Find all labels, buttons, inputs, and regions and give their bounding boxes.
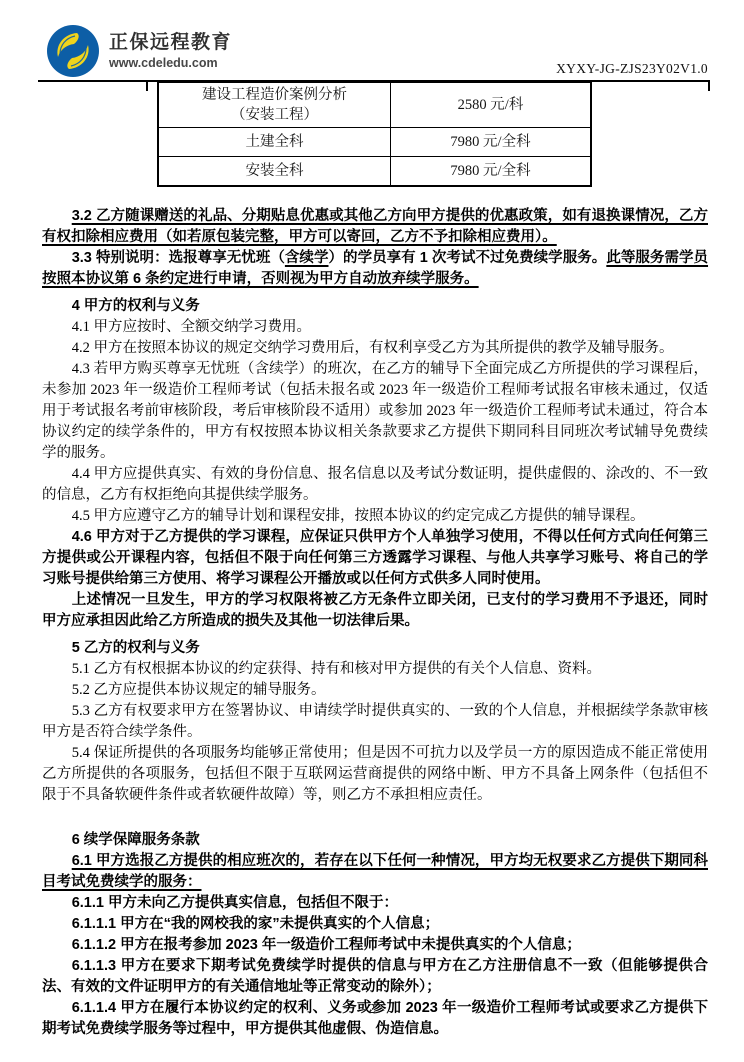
text-run: 6.1.1.3 甲方在要求下期考试免费续学时提供的信息与甲方在乙方注册信息不一致…	[42, 958, 708, 995]
text-run: 5.1 乙方有权根据本协议的约定获得、持有和核对甲方提供的有关个人信息、资料。	[72, 661, 601, 677]
course-price-cell: 7980 元/全科	[391, 157, 592, 187]
text-run: 6.1.1.2 甲方在报考参加 2023 年一级造价工程师考试中未提供真实的个人…	[72, 937, 581, 953]
clause-6-1-1-1: 6.1.1.1 甲方在“我的网校我的家”未提供真实的个人信息；	[42, 914, 708, 935]
table-row: 安装全科 7980 元/全科	[158, 157, 591, 187]
clause-5-4: 5.4 保证所提供的各项服务均能够正常使用；但是因不可抗力以及学员一方的原因造成…	[42, 743, 708, 806]
text-run: 5.2 乙方应提供本协议规定的辅导服务。	[72, 682, 326, 698]
text-run: 4.2 甲方在按照本协议的规定交纳学习费用后，有权利享受乙方为其所提供的教学及辅…	[72, 340, 674, 356]
price-table: 建设工程造价案例分析 （安装工程） 2580 元/科 土建全科 7980 元/全…	[157, 82, 592, 187]
table-border-fragment-right	[708, 82, 710, 91]
text-run: 3.2 乙方随课赠送的礼品、分期贴息优惠或其他乙方向甲方提供的优惠政策，如有退换…	[42, 208, 708, 245]
brand-url: www.cdeledu.com	[109, 56, 232, 70]
course-name-cell: 土建全科	[158, 128, 391, 157]
brand-text: 正保远程教育 www.cdeledu.com	[109, 32, 232, 70]
contract-page: 正保远程教育 www.cdeledu.com XYXY-JG-ZJS23Y02V…	[0, 0, 744, 1062]
text-run: 3.3 特别说明：选报尊享无忧班（	[72, 250, 285, 266]
clause-5-3: 5.3 乙方有权要求甲方在签署协议、申请续学时提供真实的、一致的个人信息，并根据…	[42, 701, 708, 743]
text-run: 5 乙方的权利与义务	[72, 640, 200, 656]
clause-6-1-1-3: 6.1.1.3 甲方在要求下期考试免费续学时提供的信息与甲方在乙方注册信息不一致…	[42, 956, 708, 998]
text-run: 上述情况一旦发生，甲方的学习权限将被乙方无条件立即关闭，已支付的学习费用不予退还…	[42, 592, 708, 629]
text-run: 6.1 甲方选报乙方提供的相应班次的，若存在以下任何一种情况，甲方均无权要求乙方…	[42, 853, 708, 890]
table-border-fragment-left	[146, 82, 148, 91]
text-run: 4.5 甲方应遵守乙方的辅导计划和课程安排，按照本协议的约定完成乙方提供的辅导课…	[72, 508, 645, 524]
text-run: 4.4 甲方应提供真实、有效的身份信息、报名信息以及考试分数证明，提供虚假的、涂…	[42, 466, 708, 503]
clause-4-3: 4.3 若甲方购买尊享无忧班（含续学）的班次，在乙方的辅导下全面完成乙方所提供的…	[42, 359, 708, 464]
course-price-cell: 7980 元/全科	[391, 128, 592, 157]
page-number: 2	[0, 1001, 744, 1017]
heading-4: 4 甲方的权利与义务	[42, 296, 708, 317]
course-name-cell: 建设工程造价案例分析 （安装工程）	[158, 83, 391, 128]
text-run: 5.3 乙方有权要求甲方在签署协议、申请续学时提供真实的、一致的个人信息，并根据…	[42, 703, 708, 740]
heading-5: 5 乙方的权利与义务	[42, 638, 708, 659]
text-run: 4 甲方的权利与义务	[72, 298, 200, 314]
doc-code: XYXY-JG-ZJS23Y02V1.0	[556, 61, 708, 78]
clause-6-1-1-2: 6.1.1.2 甲方在报考参加 2023 年一级造价工程师考试中未提供真实的个人…	[42, 935, 708, 956]
course-name-cell: 安装全科	[158, 157, 391, 187]
text-run: 6 续学保障服务条款	[72, 832, 200, 848]
clause-4-2: 4.2 甲方在按照本协议的规定交纳学习费用后，有权利享受乙方为其所提供的教学及辅…	[42, 338, 708, 359]
heading-6: 6 续学保障服务条款	[42, 830, 708, 851]
clause-6-1-1: 6.1.1 甲方未向乙方提供真实信息，包括但不限于：	[42, 893, 708, 914]
table-row: 建设工程造价案例分析 （安装工程） 2580 元/科	[158, 83, 591, 128]
brand-logo: 正保远程教育 www.cdeledu.com	[46, 24, 232, 78]
clause-4-1: 4.1 甲方应按时、全额交纳学习费用。	[42, 317, 708, 338]
text-run: 4.6 甲方对于乙方提供的学习课程，应保证只供甲方个人单独学习使用，不得以任何方…	[42, 529, 708, 587]
clause-4-5: 4.5 甲方应遵守乙方的辅导计划和课程安排，按照本协议的约定完成乙方提供的辅导课…	[42, 506, 708, 527]
text-run: 4.3 若甲方购买尊享无忧班（含续学）的班次，在乙方的辅导下全面完成乙方所提供的…	[42, 361, 708, 461]
text-run: 含续学	[285, 250, 329, 266]
text-run: 5.4 保证所提供的各项服务均能够正常使用；但是因不可抗力以及学员一方的原因造成…	[42, 745, 708, 803]
page-header: 正保远程教育 www.cdeledu.com XYXY-JG-ZJS23Y02V…	[0, 0, 744, 80]
course-price-cell: 2580 元/科	[391, 83, 592, 128]
contract-body: 3.2 乙方随课赠送的礼品、分期贴息优惠或其他乙方向甲方提供的优惠政策，如有退换…	[0, 187, 744, 1040]
clause-5-1: 5.1 乙方有权根据本协议的约定获得、持有和核对甲方提供的有关个人信息、资料。	[42, 659, 708, 680]
clause-5-2: 5.2 乙方应提供本协议规定的辅导服务。	[42, 680, 708, 701]
clause-4-6-consequence: 上述情况一旦发生，甲方的学习权限将被乙方无条件立即关闭，已支付的学习费用不予退还…	[42, 590, 708, 632]
clause-4-6: 4.6 甲方对于乙方提供的学习课程，应保证只供甲方个人单独学习使用，不得以任何方…	[42, 527, 708, 590]
clause-3-2: 3.2 乙方随课赠送的礼品、分期贴息优惠或其他乙方向甲方提供的优惠政策，如有退换…	[42, 206, 708, 248]
clause-6-1: 6.1 甲方选报乙方提供的相应班次的，若存在以下任何一种情况，甲方均无权要求乙方…	[42, 851, 708, 893]
cdel-logo-icon	[46, 24, 100, 78]
text-run: ）的学员享有 1 次考试不过免费续学服务。	[329, 250, 607, 266]
text-run: 6.1.1 甲方未向乙方提供真实信息，包括但不限于：	[72, 895, 398, 911]
table-row: 土建全科 7980 元/全科	[158, 128, 591, 157]
text-run: 6.1.1.1 甲方在“我的网校我的家”未提供真实的个人信息；	[72, 916, 439, 932]
logo-circle	[47, 25, 99, 77]
clause-3-3: 3.3 特别说明：选报尊享无忧班（含续学）的学员享有 1 次考试不过免费续学服务…	[42, 248, 708, 290]
clause-4-4: 4.4 甲方应提供真实、有效的身份信息、报名信息以及考试分数证明，提供虚假的、涂…	[42, 464, 708, 506]
brand-name: 正保远程教育	[109, 32, 232, 54]
text-run: 4.1 甲方应按时、全额交纳学习费用。	[72, 319, 311, 335]
